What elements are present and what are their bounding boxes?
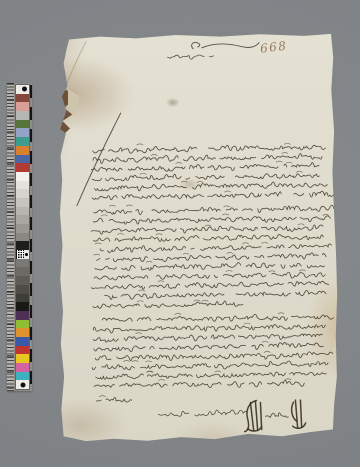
diacritic-mark — [158, 281, 164, 282]
calibration-patch-white-step — [16, 172, 29, 181]
calibration-patch-black-bar — [16, 241, 29, 250]
calibration-patches — [15, 84, 30, 390]
diacritic-mark — [282, 153, 288, 154]
diacritic-mark — [137, 301, 143, 302]
diacritic-mark — [262, 242, 268, 243]
calibration-patch-gray-step-4 — [16, 207, 29, 216]
photo-background: 668 — [0, 0, 360, 467]
calibration-patch-red-2 — [16, 346, 29, 355]
rubric-stroke — [295, 400, 301, 428]
diacritic-mark — [101, 215, 107, 216]
calibration-patch-white-reference — [16, 85, 29, 94]
calibration-patch-white-end — [16, 380, 29, 389]
handwriting-line — [100, 244, 332, 253]
calibration-patch-gray-step-6 — [16, 224, 29, 233]
signature-rubric-right — [292, 400, 306, 428]
handwriting-line — [105, 290, 326, 299]
calibration-patch-red — [16, 163, 29, 172]
diacritic-mark — [194, 300, 200, 301]
crease-line — [65, 41, 86, 86]
diacritic-mark — [215, 371, 221, 372]
diacritic-mark — [278, 313, 284, 314]
calibration-patch-light-blue — [16, 128, 29, 137]
calibration-patch-gray-step-2 — [16, 189, 29, 198]
handwriting-line — [96, 397, 131, 402]
diacritic-mark — [296, 171, 302, 172]
calibration-patch-gray-step-3 — [16, 198, 29, 207]
diacritic-mark — [146, 361, 152, 362]
handwriting-line — [91, 163, 319, 172]
diacritic-mark — [156, 234, 162, 235]
diacritic-mark — [227, 252, 233, 253]
top-inscription — [167, 55, 213, 60]
diacritic-mark — [224, 206, 230, 207]
calibration-patch-blue — [16, 155, 29, 164]
diacritic-mark — [202, 300, 208, 301]
diacritic-mark — [226, 270, 232, 271]
diacritic-mark — [222, 214, 228, 215]
signature-script — [266, 413, 293, 418]
calibration-patch-green — [16, 120, 29, 129]
calibration-patch-gray-blue — [16, 111, 29, 120]
diacritic-mark — [139, 290, 145, 291]
handwriting-line — [94, 380, 304, 388]
calibration-ruler — [7, 83, 14, 391]
handwriting-line — [93, 334, 322, 342]
registration-dot — [20, 382, 25, 387]
registration-dot — [24, 250, 29, 259]
diacritic-mark — [126, 205, 132, 206]
diacritic-mark — [147, 371, 153, 372]
diacritic-mark — [146, 261, 152, 262]
diacritic-mark — [94, 254, 100, 255]
calibration-patch-yellow — [16, 354, 29, 363]
top-inscription-flourish — [192, 42, 260, 49]
diacritic-mark — [284, 143, 290, 144]
diacritic-mark — [298, 224, 304, 225]
manuscript-handwriting — [56, 32, 340, 443]
calibration-patch-blue-2 — [16, 337, 29, 346]
calibration-patch-orange-2 — [16, 328, 29, 337]
calibration-patch-chartreuse — [16, 320, 29, 329]
handwriting-line — [96, 372, 327, 380]
diacritic-mark — [205, 225, 211, 226]
handwriting-line — [92, 173, 319, 181]
diacritic-mark — [286, 162, 292, 163]
diacritic-mark — [269, 271, 275, 272]
diacritic-mark — [137, 144, 143, 145]
handwriting-line — [93, 145, 326, 154]
calibration-patch-brown — [16, 94, 29, 103]
calibration-patch-gray-step-10 — [16, 276, 29, 285]
diacritic-mark — [244, 323, 250, 324]
diacritic-mark — [285, 379, 291, 380]
calibration-registration-marks — [30, 85, 32, 389]
diacritic-mark — [176, 162, 182, 163]
color-calibration-bar — [7, 83, 32, 391]
diacritic-mark — [175, 313, 181, 314]
signature-rubric-left — [244, 400, 261, 431]
handwriting-line — [91, 225, 323, 234]
handwriting-line — [94, 272, 325, 280]
diacritic-mark — [181, 181, 187, 182]
diacritic-mark — [118, 234, 124, 235]
handwriting-line — [94, 342, 323, 352]
diacritic-mark — [323, 214, 329, 215]
calibration-patch-gray-step-12 — [16, 294, 29, 303]
handwriting-line — [94, 182, 327, 192]
handwriting-line — [92, 281, 329, 289]
diacritic-mark — [243, 243, 249, 244]
handwriting-line — [93, 324, 325, 333]
diacritic-mark — [262, 341, 268, 342]
diacritic-mark — [132, 361, 138, 362]
calibration-patch-orange — [16, 146, 29, 155]
registration-dot — [22, 87, 27, 92]
calibration-patch-gray-step-9 — [16, 267, 29, 276]
calibration-patch-gray-step-11 — [16, 285, 29, 294]
calibration-patch-magenta — [16, 363, 29, 372]
calibration-patch-teal — [16, 137, 29, 146]
diacritic-mark — [183, 253, 189, 254]
calibration-patch-gray-step-7 — [16, 233, 29, 242]
calibration-patch-purple — [16, 311, 29, 320]
handwriting-line — [92, 191, 334, 200]
calibration-patch-cyan — [16, 372, 29, 381]
calibration-patch-gray-step-5 — [16, 215, 29, 224]
handwriting-line — [95, 262, 325, 271]
diacritic-mark — [99, 396, 105, 397]
calibration-patch-resolution-target — [16, 250, 29, 259]
handwriting-line — [96, 253, 326, 262]
diacritic-mark — [264, 351, 270, 352]
diacritic-mark — [299, 270, 305, 271]
diacritic-mark — [159, 379, 165, 380]
diacritic-mark — [95, 243, 101, 244]
handwriting-line — [94, 205, 334, 215]
diacritic-mark — [276, 161, 282, 162]
manuscript-page: 668 — [58, 33, 338, 442]
resolution-grid — [17, 250, 24, 259]
rubric-stroke — [293, 423, 306, 428]
diacritic-mark — [197, 181, 203, 182]
diacritic-mark — [136, 333, 142, 334]
calibration-patch-gray-step-1 — [16, 181, 29, 190]
closing-line — [159, 410, 247, 417]
diacritic-mark — [140, 173, 146, 174]
handwriting-line — [93, 153, 322, 163]
calibration-patch-gray-step-8 — [16, 259, 29, 268]
rubric-stroke — [248, 426, 262, 431]
diacritic-mark — [124, 361, 130, 362]
diacritic-mark — [109, 205, 115, 206]
calibration-patch-black — [16, 302, 29, 311]
handwriting-line — [102, 314, 333, 323]
rubric-stroke — [250, 401, 261, 430]
handwriting-line — [95, 352, 333, 362]
diacritic-mark — [151, 154, 157, 155]
calibration-patch-pink — [16, 102, 29, 111]
handwriting-line — [92, 361, 328, 370]
handwriting-line — [93, 216, 330, 225]
diacritic-mark — [225, 191, 231, 192]
handwriting-line — [93, 301, 243, 309]
handwriting-line — [93, 234, 323, 242]
